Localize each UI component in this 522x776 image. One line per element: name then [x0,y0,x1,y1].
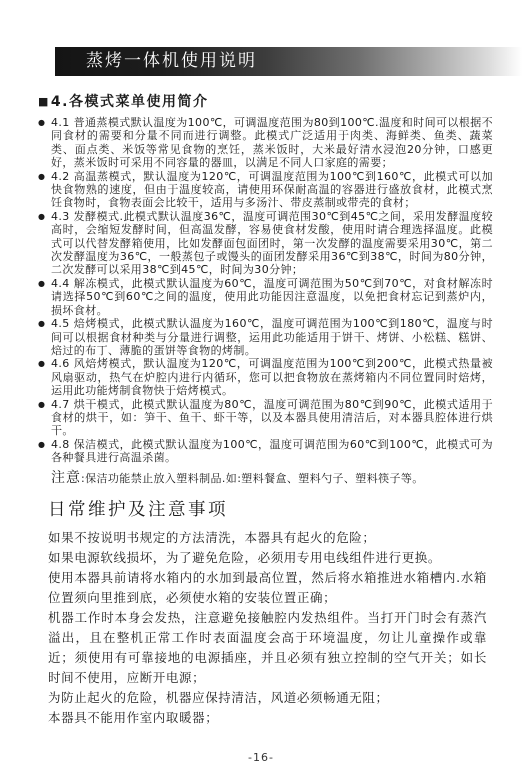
square-marker-icon: ■ [38,95,50,108]
page-title-banner: 蒸烤一体机使用说明 [55,47,522,76]
list-item: ● 4.3 发酵模式.此模式默认温度36℃，温度可调范围30℃到45℃之间，采用… [38,210,493,277]
bullet-icon: ● [38,170,51,210]
page-number: -16- [0,751,522,764]
maintenance-paragraph: 使用本器具前请将水箱内的水加到最高位置，然后将水箱推进水箱槽内.水箱位置须向里推… [48,568,487,608]
manual-page: 蒸烤一体机使用说明 ■ 4.各模式菜单使用简介 ● 4.1 普通蒸模式默认温度为… [0,0,522,776]
maintenance-paragraph: 如果电源软线损坏，为了避免危险，必须用专用电线组件进行更换。 [48,548,487,568]
note-text: :保洁功能禁止放入塑料制品.如:塑料餐盒、塑料勺子、塑料筷子等。 [81,470,424,486]
bullet-icon: ● [38,277,51,317]
bullet-icon: ● [38,398,51,438]
list-item-text: 4.1 普通蒸模式默认温度为100℃，可调温度范围为80到100℃.温度和时间可… [51,116,493,170]
list-item: ● 4.4 解冻模式，此模式默认温度为60℃，温度可调范围为50℃到70℃，对食… [38,277,493,317]
maintenance-paragraph: 机器工作时本身会发热，注意避免接触腔内发热组件。当打开门时会有蒸汽溢出，且在整机… [48,608,487,688]
bullet-icon: ● [38,210,51,277]
page-title: 蒸烤一体机使用说明 [86,51,257,71]
list-item: ● 4.5 焙烤模式，此模式默认温度为160℃，温度可调范围为100℃到180℃… [38,317,493,357]
bullet-icon: ● [38,438,51,465]
modes-section-heading: ■ 4.各模式菜单使用简介 [38,91,493,111]
list-item-text: 4.8 保洁模式，此模式默认温度为100℃，温度可调范围为60℃到100℃，此模… [51,438,493,465]
list-item: ● 4.8 保洁模式，此模式默认温度为100℃，温度可调范围为60℃到100℃，… [38,438,493,465]
list-item-text: 4.6 风焙烤模式，默认温度为120℃，可调温度范围为100℃到200℃，此模式… [51,357,493,397]
maintenance-paragraph: 为防止起火的危险，机器应保持清洁，风道必须畅通无阻； [48,688,487,708]
list-item: ● 4.2 高温蒸模式，默认温度为120℃，可调温度范围为100℃到160℃，此… [38,170,493,210]
list-item-text: 4.7 烘干模式，此模式默认温度为80℃，温度可调范围为80℃到90℃，此模式适… [51,398,493,438]
list-item: ● 4.1 普通蒸模式默认温度为100℃，可调温度范围为80到100℃.温度和时… [38,116,493,170]
list-item-text: 4.3 发酵模式.此模式默认温度36℃，温度可调范围30℃到45℃之间，采用发酵… [51,210,493,277]
list-item: ● 4.7 烘干模式，此模式默认温度为80℃，温度可调范围为80℃到90℃，此模… [38,398,493,438]
modes-list: ● 4.1 普通蒸模式默认温度为100℃，可调温度范围为80到100℃.温度和时… [38,116,493,465]
bullet-icon: ● [38,116,51,170]
list-item-text: 4.4 解冻模式，此模式默认温度为60℃，温度可调范围为50℃到70℃，对食材解… [51,277,493,317]
maintenance-section-heading: 日常维护及注意事项 [48,496,493,521]
page-content: ■ 4.各模式菜单使用简介 ● 4.1 普通蒸模式默认温度为100℃，可调温度范… [38,91,493,728]
modes-section-heading-text: 4.各模式菜单使用简介 [51,91,209,111]
maintenance-paragraph: 本器具不能用作室内取暖器； [48,708,487,728]
list-item-text: 4.2 高温蒸模式，默认温度为120℃，可调温度范围为100℃到160℃，此模式… [51,170,493,210]
bullet-icon: ● [38,357,51,397]
note-label: 注意 [51,467,81,487]
note-line: 注意 :保洁功能禁止放入塑料制品.如:塑料餐盒、塑料勺子、塑料筷子等。 [51,467,493,487]
list-item-text: 4.5 焙烤模式，此模式默认温度为160℃，温度可调范围为100℃到180℃，温… [51,317,493,357]
list-item: ● 4.6 风焙烤模式，默认温度为120℃，可调温度范围为100℃到200℃，此… [38,357,493,397]
maintenance-paragraph: 如果不按说明书规定的方法清洗，本器具有起火的危险； [48,528,487,548]
bullet-icon: ● [38,317,51,357]
